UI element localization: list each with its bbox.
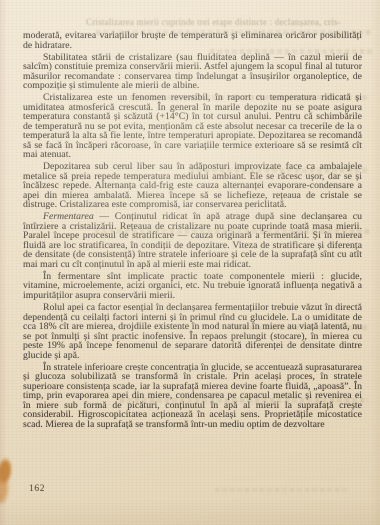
paragraph: În fermentare sînt implicate practic toa… [23, 272, 362, 301]
paragraph: Stabilitatea stării de cristalizare (sau… [23, 53, 362, 91]
paragraph: Cristalizarea este un fenomen reversibil… [23, 93, 362, 160]
paragraph: Rolul apei ca factor esențial în declanș… [23, 303, 362, 360]
page-text: moderată, evitarea variațiilor bruște de… [23, 31, 362, 429]
paragraph: moderată, evitarea variațiilor bruște de… [23, 31, 362, 50]
paragraph-fermentarea: Fermentarea — Conținutul ridicat în apă … [23, 212, 362, 269]
bleedthrough-smudge [215, 488, 350, 492]
paragraph: În stratele inferioare crește concentraț… [23, 363, 362, 430]
scanned-book-page: Cristalizarea mierii cuprinde trei etape… [0, 0, 380, 525]
paragraph-rest: — Conținutul ridicat în apă atrage după … [23, 211, 362, 270]
paragraph: Depozitarea sub cerul liber sau în adăpo… [23, 162, 362, 210]
bleedthrough-text: Cristalizarea mierii cuprinde trei etape… [86, 17, 374, 29]
paper-stain [0, 455, 17, 505]
page-number: 162 [29, 484, 45, 494]
